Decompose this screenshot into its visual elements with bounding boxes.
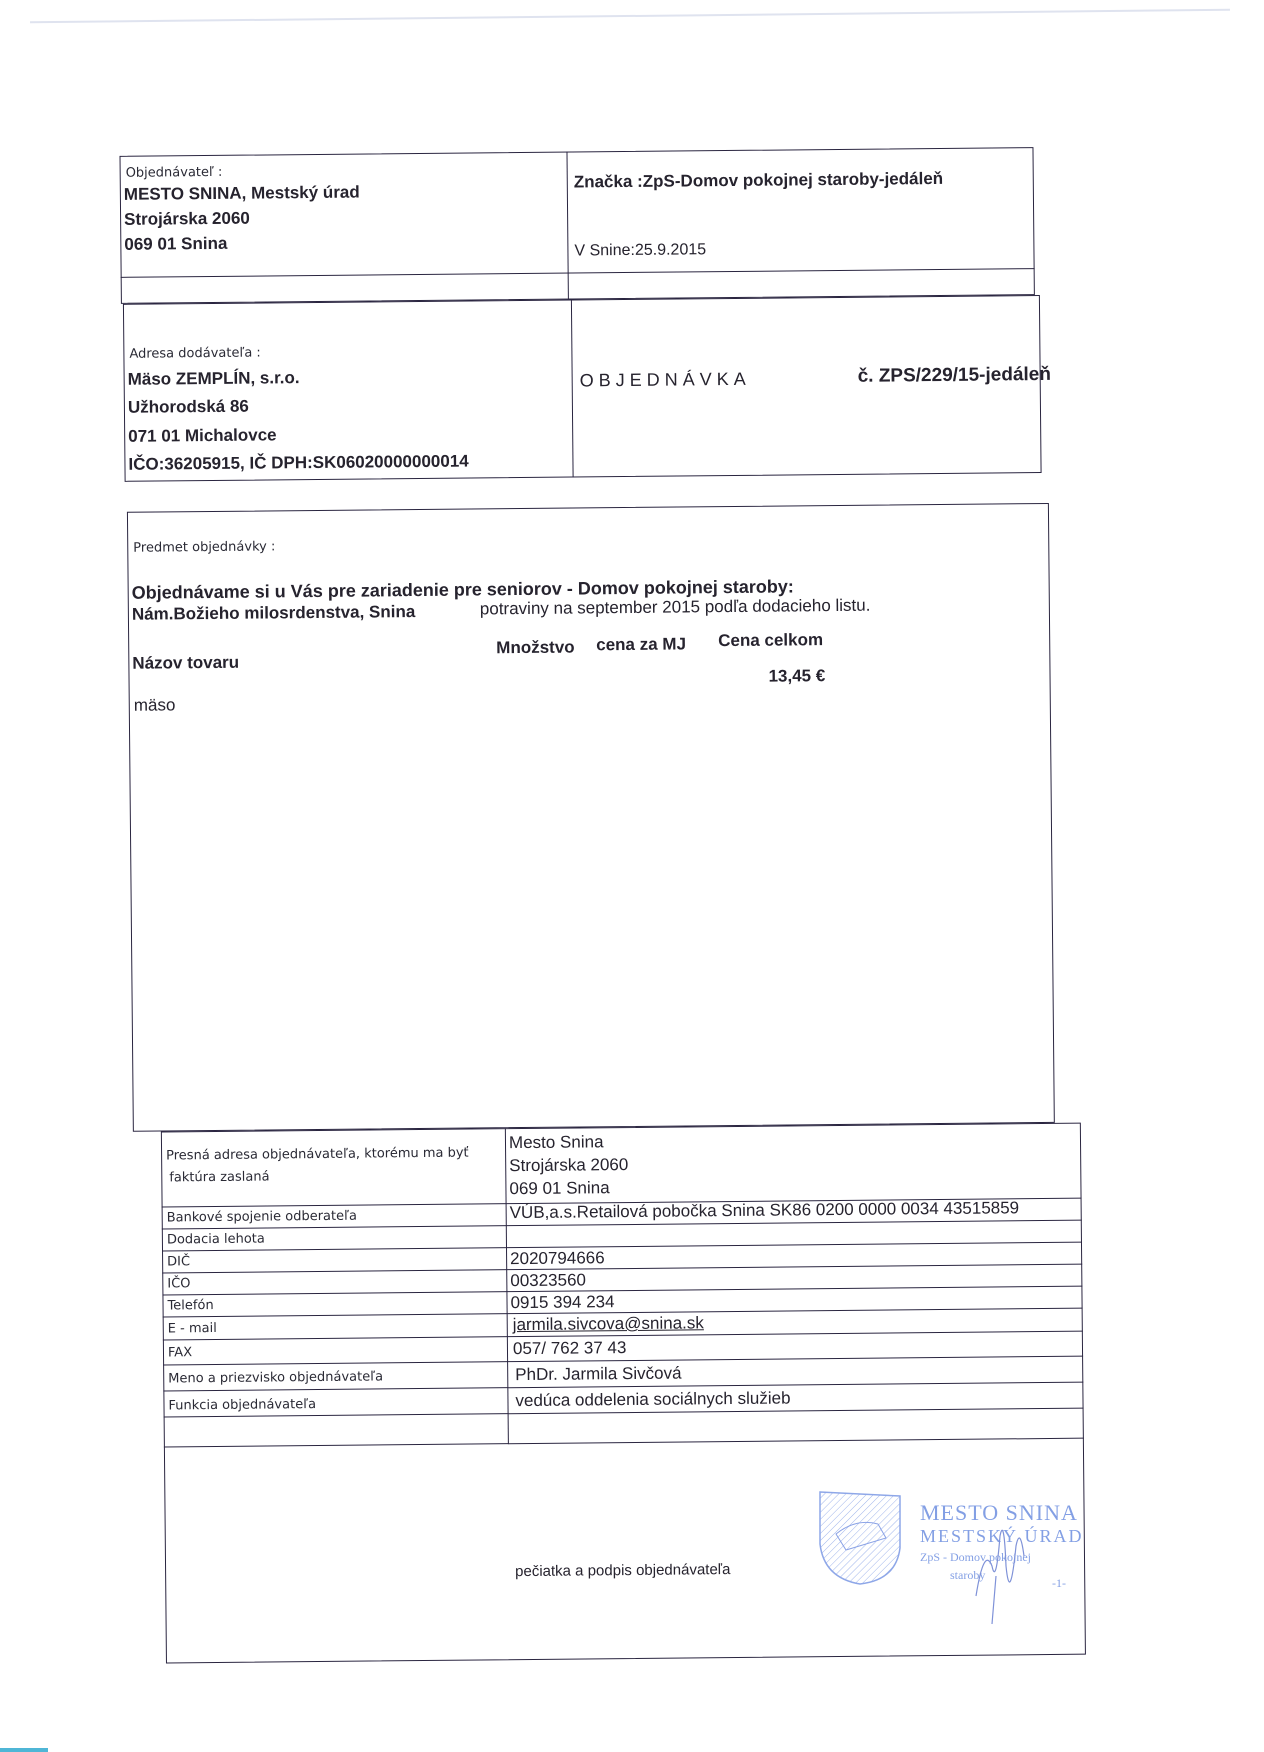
ordering-party-name: MESTO SNINA, Mestský úrad	[124, 183, 360, 205]
reference-mark: Značka :ZpS-Domov pokojnej staroby-jedál…	[574, 169, 944, 193]
column-quantity: Množstvo	[496, 638, 575, 659]
column-item: Názov tovaru	[132, 653, 239, 674]
detail-value-email-link[interactable]: jarmila.sivcova@snina.sk	[513, 1313, 704, 1335]
coat-of-arms-icon	[816, 1488, 906, 1588]
detail-value-ico: 00323560	[510, 1270, 586, 1291]
detail-label-phone: Telefón	[167, 1298, 213, 1313]
scan-edge-marker	[0, 1748, 48, 1752]
supplier-name: Mäso ZEMPLÍN, s.r.o.	[128, 368, 300, 390]
column-unit-price: cena za MJ	[596, 634, 686, 655]
detail-label-function: Funkcia objednávateľa	[168, 1397, 316, 1413]
subject-note: potraviny na september 2015 podľa dodaci…	[480, 596, 871, 620]
detail-value-invoice-line3: 069 01 Snina	[509, 1178, 609, 1199]
detail-value-dic: 2020794666	[510, 1248, 605, 1269]
official-stamp: MESTO SNINA MESTSKÝ ÚRAD ZpS - Domov pok…	[816, 1488, 1096, 1628]
item-row-total: 13,45 €	[768, 666, 825, 687]
subject-address: Nám.Božieho milosrdenstva, Snina	[132, 602, 416, 625]
signature-scribble-icon	[966, 1506, 1046, 1626]
detail-value-name: PhDr. Jarmila Sivčová	[515, 1364, 681, 1386]
subject-label: Predmet objednávky :	[133, 539, 275, 555]
detail-label-email: E - mail	[168, 1321, 217, 1336]
ordering-party-city: 069 01 Snina	[124, 234, 227, 255]
supplier-ids: IČO:36205915, IČ DPH:SK06020000000014	[128, 452, 468, 475]
place-date: V Snine:25.9.2015	[574, 241, 706, 260]
detail-value-invoice-line1: Mesto Snina	[509, 1132, 604, 1153]
column-total: Cena celkom	[718, 630, 823, 651]
signature-label: pečiatka a podpis objednávateľa	[515, 1561, 731, 1580]
supplier-city: 071 01 Michalovce	[128, 425, 277, 446]
stamp-page-number: -1-	[1052, 1576, 1066, 1591]
order-number: č. ZPS/229/15-jedáleň	[858, 364, 1051, 388]
ordering-party-label: Objednávateľ :	[126, 165, 223, 181]
ordering-party-street: Strojárska 2060	[124, 209, 250, 230]
detail-value-function: vedúca oddelenia sociálnych služieb	[515, 1388, 790, 1411]
detail-value-fax: 057/ 762 37 43	[513, 1338, 627, 1359]
detail-label-name: Meno a priezvisko objednávateľa	[168, 1369, 383, 1386]
detail-label-dic: DIČ	[167, 1254, 190, 1269]
detail-label-delivery: Dodacia lehota	[167, 1232, 265, 1248]
supplier-label: Adresa dodávateľa :	[129, 346, 261, 362]
detail-label-invoice-address-2: faktúra zaslaná	[169, 1169, 269, 1185]
order-title-word: OBJEDNÁVKA	[580, 369, 751, 392]
detail-label-fax: FAX	[168, 1345, 192, 1360]
detail-value-invoice-line2: Strojárska 2060	[509, 1155, 628, 1176]
detail-value-phone: 0915 394 234	[510, 1292, 614, 1313]
detail-label-invoice-address: Presná adresa objednávateľa, ktorému ma …	[166, 1146, 469, 1164]
item-row-name: mäso	[134, 695, 176, 715]
detail-label-bank: Bankové spojenie odberateľa	[167, 1209, 357, 1226]
detail-label-ico: IČO	[167, 1276, 190, 1291]
scanned-order-page: Objednávateľ : MESTO SNINA, Mestský úrad…	[0, 0, 1264, 1752]
supplier-street: Užhorodská 86	[128, 397, 249, 418]
